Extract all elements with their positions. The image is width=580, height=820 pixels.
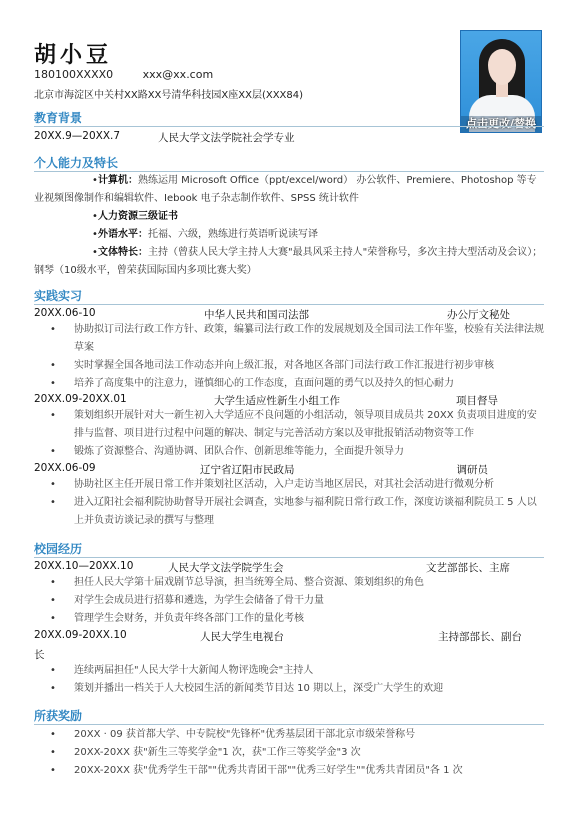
education-school: 人民大学文法学院社会学专业 (158, 130, 295, 145)
email-address[interactable]: xxx@xx.com (143, 68, 214, 81)
list-item: 策划组织开展针对大一新生初入大学适应不良问题的小组活动，领导项目成员共 20XX… (34, 407, 544, 443)
education-date: 20XX.9—20XX.7 (34, 130, 120, 142)
campus-entry-header: 20XX.10—20XX.10 人民大学文法学院学生会 文艺部部长、主席 (34, 560, 544, 574)
list-item: 担任人民大学第十届戏剧节总导演，担当统筹全局、整合资源、策划组织的角色 (34, 574, 544, 592)
awards-list: 20XX · 09 获首都大学、中专院校"先锋杯"优秀基层团干部北京市级荣誉称号… (34, 726, 544, 780)
list-item: 培养了高度集中的注意力，谨慎细心的工作态度，直面问题的勇气以及持久的恒心耐力 (34, 375, 544, 393)
campus-entry-header: 20XX.09-20XX.10 人民大学生电视台 主持部部长、副台 (34, 629, 544, 643)
list-item: 锻炼了资源整合、沟通协调、团队合作、创新思维等能力，全面提升领导力 (34, 443, 544, 461)
section-title-awards: 所获奖励 (34, 707, 82, 724)
skill-item: 计算机：熟练运用 Microsoft Office（ppt/excel/word… (34, 172, 544, 208)
practice-entry-header: 20XX.06-10 中华人民共和国司法部 办公厅文秘处 (34, 307, 544, 321)
section-title-practice: 实践实习 (34, 287, 82, 304)
list-item: 对学生会成员进行招募和遴选，为学生会储备了骨干力量 (34, 592, 544, 610)
skill-item: 文体特长：主持（曾获人民大学主持人大赛"最具风采主持人"荣誉称号，多次主持大型活… (34, 244, 544, 280)
practice-entry-bullets: 策划组织开展针对大一新生初入大学适应不良问题的小组活动，领导项目成员共 20XX… (34, 407, 544, 461)
section-divider (34, 557, 544, 558)
candidate-name: 胡小豆 (34, 38, 112, 69)
campus-entry-bullets: 连续两届担任"人民大学十大新闻人物评选晚会"主持人 策划并播出一档关于人大校园生… (34, 662, 544, 698)
phone-number: 180100XXXX0 (34, 68, 113, 81)
list-item: 实时掌握全国各地司法工作动态并向上级汇报，对各地区各部门司法行政工作汇报进行初步… (34, 357, 544, 375)
list-item: 协助拟订司法行政工作方针、政策，编纂司法行政工作的发展规划及全国司法工作年鉴，校… (34, 321, 544, 357)
list-item: 协助社区主任开展日常工作并策划社区活动，入户走访当地区居民，对其社会活动进行微观… (34, 476, 544, 494)
practice-entry-bullets: 协助社区主任开展日常工作并策划社区活动，入户走访当地区居民，对其社会活动进行微观… (34, 476, 544, 530)
section-divider (34, 724, 544, 725)
section-title-campus: 校园经历 (34, 540, 82, 557)
skill-item: 人力资源三级证书 (34, 208, 544, 226)
campus-entry-bullets: 担任人民大学第十届戏剧节总导演，担当统筹全局、整合资源、策划组织的角色 对学生会… (34, 574, 544, 628)
section-title-skills: 个人能力及特长 (34, 154, 118, 171)
photo-neck-shape (496, 83, 508, 97)
skill-item: 外语水平：托福、六级，熟练进行英语听说读写译 (34, 226, 544, 244)
list-item: 20XX · 09 获首都大学、中专院校"先锋杯"优秀基层团干部北京市级荣誉称号 (34, 726, 544, 744)
profile-photo[interactable]: 点击更改/替换 (460, 30, 542, 133)
campus-role-wrap: 长 (34, 647, 544, 661)
list-item: 20XX-20XX 获"优秀学生干部""优秀共青团干部""优秀三好学生""优秀共… (34, 762, 544, 780)
contact-line: 180100XXXX0 xxx@xx.com (34, 68, 213, 81)
list-item: 策划并播出一档关于人大校园生活的新闻类节目达 10 期以上，深受广大学生的欢迎 (34, 680, 544, 698)
practice-entry-header: 20XX.09-20XX.01 大学生适应性新生小组工作 项目督导 (34, 393, 544, 407)
list-item: 进入辽阳社会福利院协助督导开展社会调查，实地参与福利院日常行政工作，深度访谈福利… (34, 494, 544, 530)
list-item: 连续两届担任"人民大学十大新闻人物评选晚会"主持人 (34, 662, 544, 680)
practice-entry-header: 20XX.06-09 辽宁省辽阳市民政局 调研员 (34, 462, 544, 476)
list-item: 20XX-20XX 获"新生三等奖学金"1 次，获"工作三等奖学金"3 次 (34, 744, 544, 762)
skills-list: 计算机：熟练运用 Microsoft Office（ppt/excel/word… (34, 172, 544, 280)
address: 北京市海淀区中关村XX路XX号清华科技园X座XX层(XXX84) (34, 86, 303, 101)
section-title-education: 教育背景 (34, 109, 82, 126)
section-divider (34, 126, 544, 127)
list-item: 管理学生会财务，并负责年终各部门工作的量化考核 (34, 610, 544, 628)
practice-entry-bullets: 协助拟订司法行政工作方针、政策，编纂司法行政工作的发展规划及全国司法工作年鉴，校… (34, 321, 544, 393)
section-divider (34, 304, 544, 305)
education-row: 20XX.9—20XX.7 人民大学文法学院社会学专业 (34, 130, 544, 144)
